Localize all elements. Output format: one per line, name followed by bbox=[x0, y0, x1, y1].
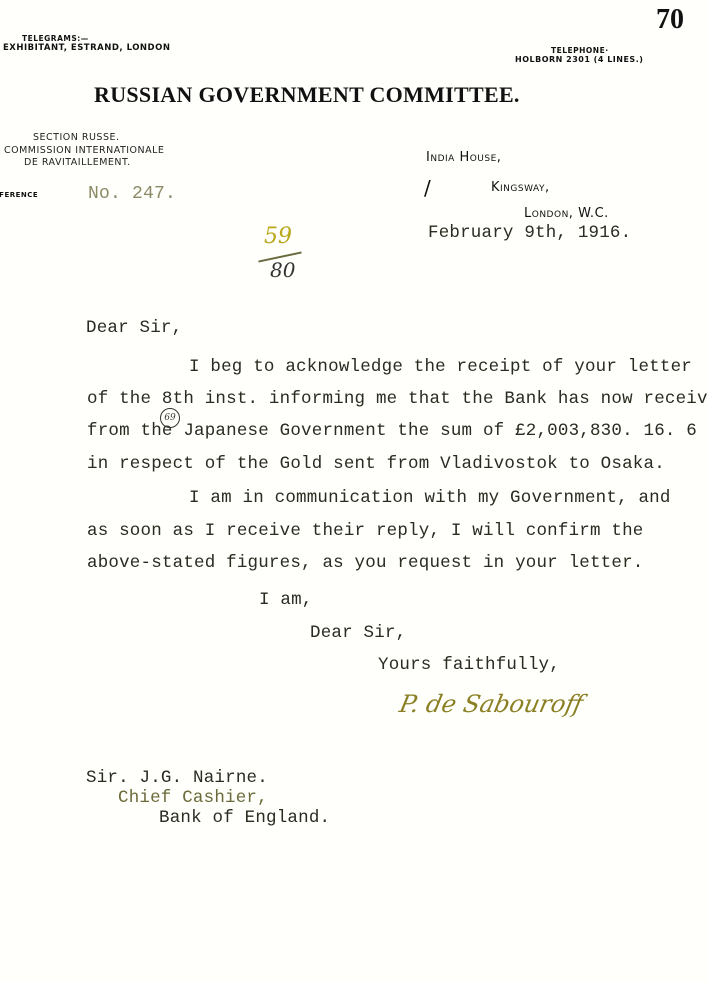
closing-line-3: Yours faithfully, bbox=[378, 655, 560, 675]
reference-label: REFERENCE bbox=[0, 191, 38, 199]
telegrams-address: EXHIBITANT, ESTRAND, LONDON bbox=[3, 43, 170, 53]
address-line-3: London, W.C. bbox=[524, 206, 609, 221]
address-mark: / bbox=[424, 176, 431, 200]
section-line-1: SECTION RUSSE. bbox=[33, 132, 120, 143]
reference-number: No. 247. bbox=[88, 184, 176, 204]
closing-line-2: Dear Sir, bbox=[310, 623, 406, 643]
paragraph-2-line-3: above-stated figures, as you request in … bbox=[87, 553, 644, 573]
recipient-line-1: Sir. J.G. Nairne. bbox=[86, 768, 268, 788]
signature: P. de Sabouroff bbox=[397, 690, 586, 718]
salutation: Dear Sir, bbox=[86, 318, 182, 338]
closing-line-1: I am, bbox=[259, 590, 313, 610]
section-line-2: COMMISSION INTERNATIONALE bbox=[4, 145, 164, 156]
paragraph-2-line-1: I am in communication with my Government… bbox=[189, 488, 671, 508]
telephone-number: HOLBORN 2301 (4 LINES.) bbox=[515, 55, 643, 64]
paragraph-2-line-2: as soon as I receive their reply, I will… bbox=[87, 521, 644, 541]
paragraph-1-line-3: from the Japanese Government the sum of … bbox=[87, 421, 697, 441]
recipient-line-3: Bank of England. bbox=[159, 808, 330, 828]
folio-numerator: 59 bbox=[264, 224, 292, 249]
folio-denominator: 80 bbox=[270, 258, 295, 282]
paragraph-1-line-2: of the 8th inst. informing me that the B… bbox=[87, 389, 708, 409]
paragraph-1-line-1: I beg to acknowledge the receipt of your… bbox=[189, 357, 692, 377]
circled-note: 69 bbox=[160, 408, 180, 428]
address-line-2: Kingsway, bbox=[491, 180, 550, 195]
letter-date: February 9th, 1916. bbox=[428, 223, 631, 243]
letterhead-title: RUSSIAN GOVERNMENT COMMITTEE. bbox=[94, 82, 520, 108]
address-line-1: India House, bbox=[426, 150, 501, 165]
recipient-line-2: Chief Cashier, bbox=[118, 788, 268, 808]
telephone-label: TELEPHONE· bbox=[551, 46, 609, 55]
circled-note-text: 69 bbox=[164, 413, 175, 423]
telegrams-label: TELEGRAMS:— bbox=[22, 34, 89, 43]
section-line-3: DE RAVITAILLEMENT. bbox=[24, 157, 131, 168]
paragraph-1-line-4: in respect of the Gold sent from Vladivo… bbox=[87, 454, 665, 474]
page-number: 70 bbox=[656, 4, 684, 36]
